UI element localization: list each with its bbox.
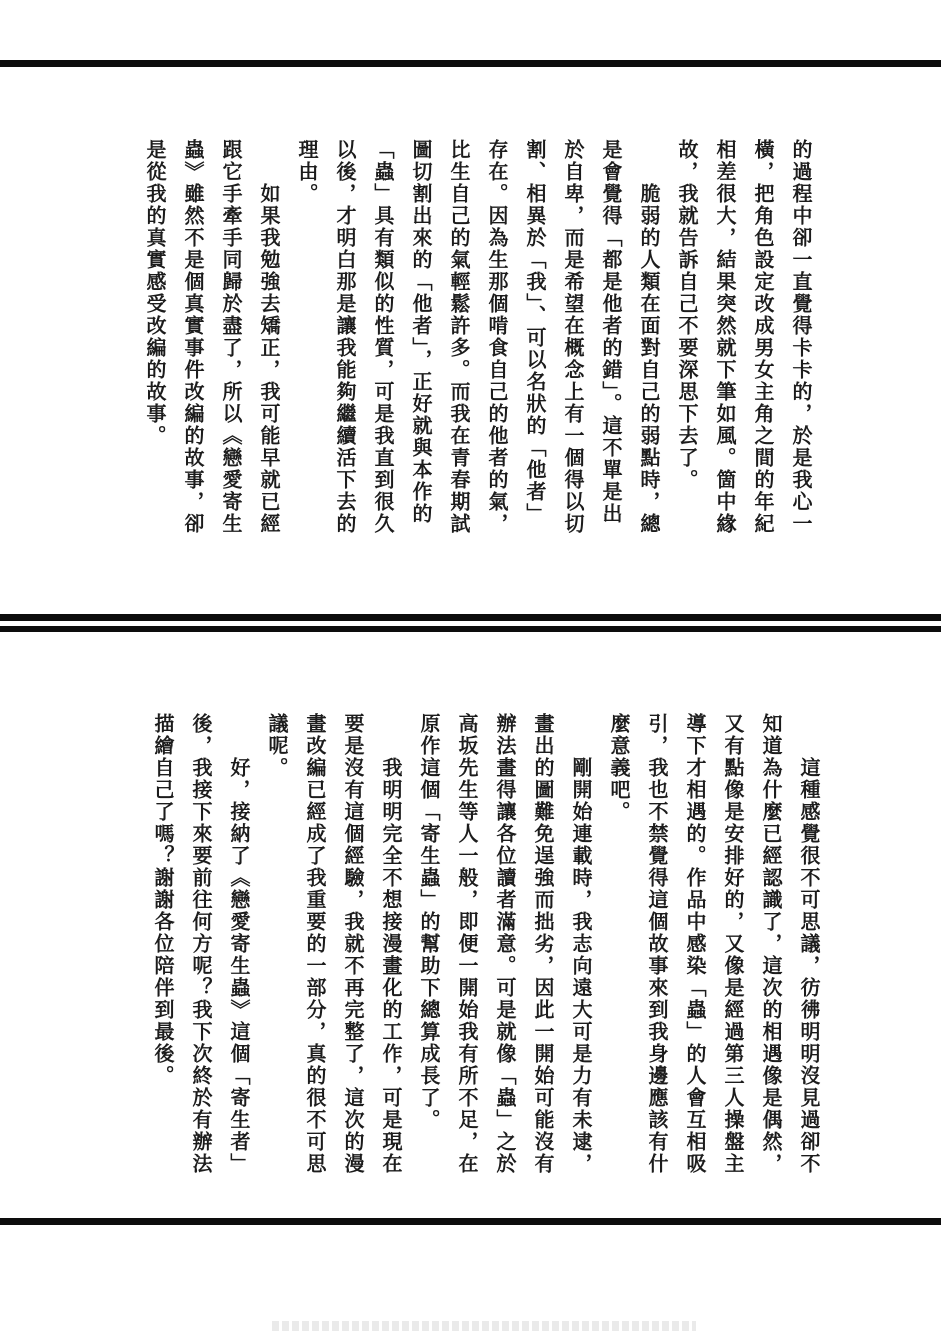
bottom-rule	[0, 1218, 941, 1225]
top-paragraph-1: 的過程中卻一直覺得卡卡的，於是我心一橫，把角色設定改成男女主角之間的年紀相差很大…	[667, 139, 819, 539]
afterword-page: 的過程中卻一直覺得卡卡的，於是我心一橫，把角色設定改成男女主角之間的年紀相差很大…	[0, 0, 941, 1331]
middle-double-rule-upper	[0, 614, 941, 621]
top-paragraph-2: 脆弱的人類在面對自己的弱點時，總是會覺得「都是他者的錯」。這不單是出於自卑，而是…	[287, 139, 667, 539]
top-rule	[0, 60, 941, 67]
cropped-footer-text	[272, 1321, 696, 1331]
bottom-paragraph-4: 好，接納了《戀愛寄生蟲》這個「寄生者」後，我接下來要前往何方呢？我下次終於有辦法…	[143, 713, 257, 1179]
bottom-paragraph-1: 這種感覺很不可思議，彷彿明明沒見過卻不知道為什麼已經認識了，這次的相遇像是偶然，…	[599, 713, 827, 1179]
afterword-bottom-text-block: 這種感覺很不可思議，彷彿明明沒見過卻不知道為什麼已經認識了，這次的相遇像是偶然，…	[142, 713, 827, 1179]
afterword-top-text-block: 的過程中卻一直覺得卡卡的，於是我心一橫，把角色設定改成男女主角之間的年紀相差很大…	[134, 139, 819, 539]
bottom-paragraph-3: 我明明完全不想接漫畫化的工作，可是現在要是沒有這個經驗，我就不再完整了，這次的漫…	[257, 713, 409, 1179]
middle-double-rule-lower	[0, 626, 941, 632]
bottom-paragraph-2: 剛開始連載時，我志向遠大可是力有未逮，畫出的圖難免逞強而拙劣，因此一開始可能沒有…	[409, 713, 599, 1179]
top-paragraph-3: 如果我勉強去矯正，我可能早就已經跟它手牽手同歸於盡了，所以《戀愛寄生蟲》雖然不是…	[135, 139, 287, 539]
